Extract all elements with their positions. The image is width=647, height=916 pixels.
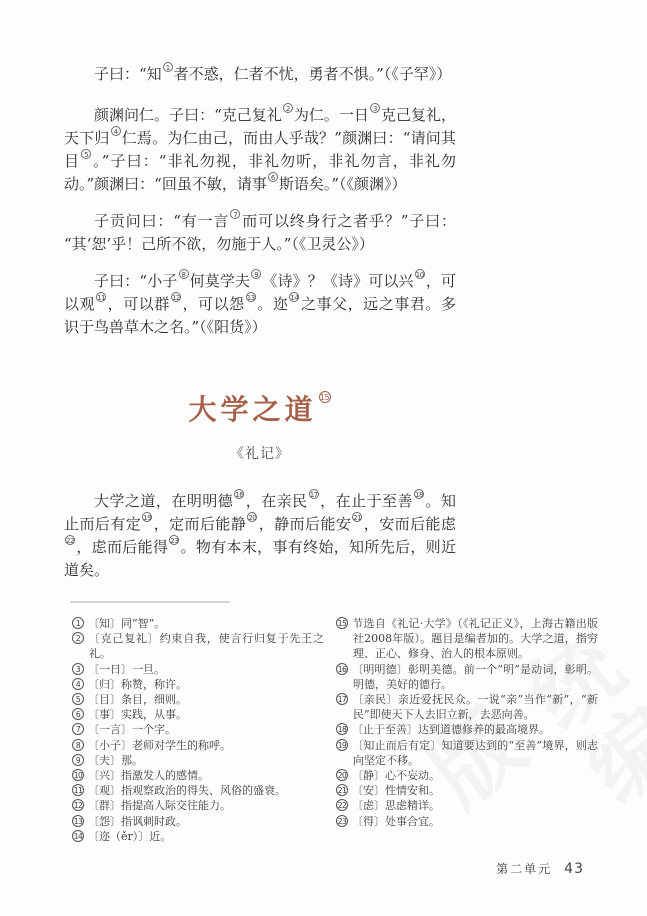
footnote-marker: 7 [72,723,84,735]
footnote-marker: 11 [72,784,84,796]
footnotes-section: 1〔知〕同“智”。2〔克己复礼〕约束自我，使言行归复于先王之礼。3〔一日〕一旦。… [72,616,598,844]
footnotes-left-column: 1〔知〕同“智”。2〔克己复礼〕约束自我，使言行归复于先王之礼。3〔一日〕一旦。… [72,616,324,844]
footnote-marker: 1 [72,617,84,629]
footnote-marker: 16 [336,663,348,675]
footnote-text: 〔一日〕一旦。 [88,663,165,676]
note-ref: 20 [247,512,257,522]
lesson-source: 《礼记》 [64,443,456,463]
page-number: 43 [564,861,584,877]
footnote-item: 15节选自《礼记·大学》（《礼记正义》，上海古籍出版社2008年版）。题目是编者… [336,616,598,662]
footnote-item: 8〔小子〕老师对学生的称呼。 [72,738,324,753]
title-note-ref: 15 [319,391,331,403]
footnote-text: 〔事〕实践，从事。 [88,708,187,721]
footnote-text: 〔亲民〕亲近爱抚民众。一说“亲”当作“新”，“新民”即使天下人去旧立新，去恶向善… [352,693,598,721]
footnote-text: 〔怨〕指讽刺时政。 [88,815,187,828]
footnote-text: 〔一言〕一个字。 [88,723,176,736]
footnote-marker: 20 [336,769,348,781]
body-paragraph: 子曰：“知1者不惑，仁者不忧，勇者不惧。”（《子罕》） [64,63,456,86]
footnote-item: 19〔知止而后有定〕知道要达到的“至善”境界，则志向坚定不移。 [336,738,598,768]
note-ref: 4 [111,126,121,136]
footnote-text: 〔归〕称赞，称许。 [88,678,187,691]
note-ref: 21 [352,512,362,522]
footnote-text: 〔得〕处事合宜。 [352,815,440,828]
note-ref: 18 [414,489,424,499]
note-ref: 17 [309,489,319,499]
footnote-text: 〔目〕条目，细则。 [88,693,187,706]
footnote-marker: 5 [72,693,84,705]
footnotes-right-column: 15节选自《礼记·大学》（《礼记正义》，上海古籍出版社2008年版）。题目是编者… [336,616,598,844]
footnote-marker: 22 [336,799,348,811]
note-ref: 7 [230,209,240,219]
footnote-text: 节选自《礼记·大学》（《礼记正义》，上海古籍出版社2008年版）。题目是编者加的… [352,617,598,660]
note-ref: 10 [415,269,425,279]
note-ref: 14 [289,292,299,302]
footnote-item: 2〔克己复礼〕约束自我，使言行归复于先王之礼。 [72,631,324,661]
footnote-text: 〔知〕同“智”。 [88,617,165,630]
footnote-item: 3〔一日〕一旦。 [72,662,324,677]
footnote-divider [70,601,230,603]
footnote-text: 〔夫〕那。 [88,754,143,767]
footnote-marker: 13 [72,815,84,827]
note-ref: 2 [283,103,293,113]
lesson-paragraph: 大学之道，在明明德16，在亲民17，在止于至善18。知止而后有定19，定而后能静… [64,490,456,582]
note-ref: 12 [171,292,181,302]
footnote-marker: 6 [72,708,84,720]
footnote-marker: 17 [336,693,348,705]
footnote-item: 16〔明明德〕彰明美德。前一个“明”是动词，彰明。明德，美好的德行。 [336,662,598,692]
footnote-item: 5〔目〕条目，细则。 [72,692,324,707]
footnote-item: 10〔兴〕指激发人的感情。 [72,768,324,783]
note-ref: 8 [179,269,189,279]
footnote-text: 〔明明德〕彰明美德。前一个“明”是动词，彰明。明德，美好的德行。 [352,663,598,691]
body-paragraph: 子贡问曰：“有一言7而可以终身行之者乎？”子曰：“其‘恕’乎！己所不欲，勿施于人… [64,210,456,256]
footnote-text: 〔虑〕思虑精详。 [352,799,440,812]
footnote-marker: 14 [72,830,84,842]
note-ref: 6 [268,172,278,182]
unit-label: 第二单元 [496,862,552,876]
footnote-marker: 23 [336,815,348,827]
footnote-marker: 3 [72,663,84,675]
footnote-item: 21〔安〕性情安和。 [336,783,598,798]
note-ref: 9 [251,269,261,279]
note-ref: 11 [96,292,106,302]
footnote-item: 17〔亲民〕亲近爱抚民众。一说“亲”当作“新”，“新民”即使天下人去旧立新，去恶… [336,692,598,722]
footnote-marker: 18 [336,723,348,735]
footnote-text: 〔群〕指提高人际交往能力。 [88,799,231,812]
body-paragraph: 颜渊问仁。子曰：“克己复礼2为仁。一日3克己复礼，天下归4仁焉。为仁由己，而由人… [64,104,456,196]
footnote-item: 20〔静〕心不妄动。 [336,768,598,783]
footnote-item: 1〔知〕同“智”。 [72,616,324,631]
footnote-text: 〔迩（ěr）〕近。 [88,830,171,843]
footnote-item: 22〔虑〕思虑精详。 [336,798,598,813]
footnote-item: 23〔得〕处事合宜。 [336,814,598,829]
note-ref: 13 [246,292,256,302]
footnote-item: 6〔事〕实践，从事。 [72,707,324,722]
footnote-item: 13〔怨〕指讽刺时政。 [72,814,324,829]
body-paragraph: 子曰：“小子8何莫学夫9《诗》？《诗》可以兴10，可以观11，可以群12，可以怨… [64,270,456,339]
lesson-body-section: 大学之道，在明明德16，在亲民17，在止于至善18。知止而后有定19，定而后能静… [64,490,456,582]
note-ref: 5 [81,149,91,159]
note-ref: 23 [169,535,179,545]
footnote-item: 12〔群〕指提高人际交往能力。 [72,798,324,813]
lesson-title-text: 大学之道 [188,393,316,426]
footnote-text: 〔克己复礼〕约束自我，使言行归复于先王之礼。 [88,632,324,660]
footnote-item: 11〔观〕指观察政治的得失、风俗的盛衰。 [72,783,324,798]
footnote-marker: 15 [336,617,348,629]
lesson-title: 大学之道15 [64,388,456,428]
footnote-text: 〔安〕性情安和。 [352,784,440,797]
footnote-marker: 19 [336,739,348,751]
page-footer: 第二单元43 [496,860,584,877]
footnote-text: 〔止于至善〕达到道德修养的最高境界。 [352,723,550,736]
footnote-marker: 9 [72,754,84,766]
footnote-text: 〔小子〕老师对学生的称呼。 [88,739,231,752]
note-ref: 22 [65,535,75,545]
footnote-marker: 4 [72,678,84,690]
footnote-marker: 8 [72,739,84,751]
textbook-page: 子曰：“知1者不惑，仁者不忧，勇者不惧。”（《子罕》）颜渊问仁。子曰：“克己复礼… [0,0,647,916]
footnote-marker: 10 [72,769,84,781]
footnote-item: 18〔止于至善〕达到道德修养的最高境界。 [336,722,598,737]
footnote-item: 14〔迩（ěr）〕近。 [72,829,324,844]
footnote-item: 7〔一言〕一个字。 [72,722,324,737]
footnote-marker: 12 [72,799,84,811]
note-ref: 1 [163,62,173,72]
footnote-item: 4〔归〕称赞，称许。 [72,677,324,692]
footnote-text: 〔观〕指观察政治的得失、风俗的盛衰。 [88,784,286,797]
note-ref: 3 [370,103,380,113]
footnote-marker: 21 [336,784,348,796]
analects-section: 子曰：“知1者不惑，仁者不忧，勇者不惧。”（《子罕》）颜渊问仁。子曰：“克己复礼… [64,63,456,353]
footnote-text: 〔知止而后有定〕知道要达到的“至善”境界，则志向坚定不移。 [352,739,598,767]
note-ref: 16 [234,489,244,499]
note-ref: 19 [142,512,152,522]
footnote-item: 9〔夫〕那。 [72,753,324,768]
footnote-marker: 2 [72,632,84,644]
footnote-text: 〔兴〕指激发人的感情。 [88,769,209,782]
footnote-text: 〔静〕心不妄动。 [352,769,440,782]
